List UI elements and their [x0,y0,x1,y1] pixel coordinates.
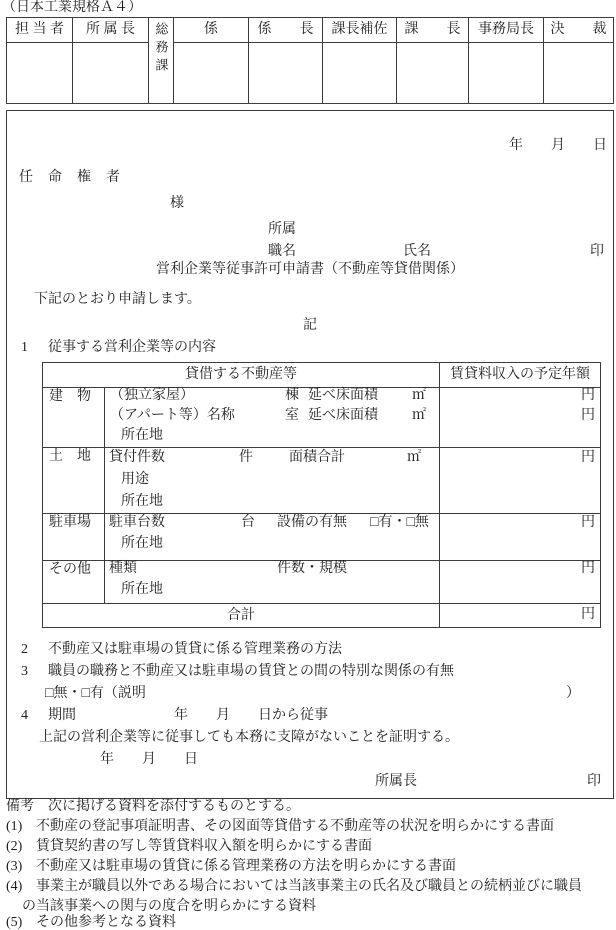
approval-header-kakaricho: 係 長 [249,18,323,43]
approval-stamp-cell-jimukyokucho [469,43,544,104]
item-2-line: 2不動産又は駐車場の賃貸に係る管理業務の方法 [21,643,342,657]
applicant-seal-mark: 印 [590,245,604,259]
item-2-number: 2 [21,643,48,657]
row-label-building: 建 物 [43,388,105,448]
application-form-box: 年 月 日 任命権者 様 所属 職名 氏名 印 営利企業等従事許可申請書（不動産… [6,110,614,799]
intro-sentence: 下記のとおり申請します。 [34,293,201,307]
remarks-intro: 次に掲げる資料を添付するものとする。 [48,799,300,814]
item-3-text: 職員の職務と不動産又は駐車場の賃貸との間の特別な関係の有無 [48,664,454,679]
building-income-cell: 円 円 [440,388,601,448]
remarks-label: 備考 [6,800,48,814]
item-3-closing-paren: ） [566,687,580,701]
approval-header-kakari: 係 [174,18,249,43]
approval-header-shozokucho: 所 属 長 [73,18,149,43]
approval-stamp-cell-shozokucho [73,43,149,104]
remark-5-number: (5) [6,916,36,930]
building-apartment-label: （アパート等）名称 [110,409,235,423]
item-1-text: 従事する営利企業等の内容 [48,340,216,355]
item-3-line: 3職員の職務と不動産又は駐車場の賃貸との間の特別な関係の有無 [21,665,454,679]
approval-header-kacho: 課 長 [397,18,469,43]
building-yen-1: 円 [581,389,595,403]
remark-4-text: 事業主が職員以外である場合においては当該事業主の氏名及び職員との続柄並びに職員 [36,879,582,894]
item-1-line: 1従事する営利企業等の内容 [21,341,216,355]
parking-detail-cell: 駐車台数 台 設備の有無 □有・□無 所在地 [105,514,440,561]
item-2-text: 不動産又は駐車場の賃貸に係る管理業務の方法 [48,642,342,657]
other-kind-label: 種類 [109,562,137,576]
approval-header-kachohosa: 課長補佐 [323,18,397,43]
remarks-header-line: 備考次に掲げる資料を添付するものとする。 [6,800,300,814]
building-yen-2: 円 [581,409,595,423]
parking-income-cell: 円 [440,514,601,561]
other-location-label: 所在地 [121,583,163,597]
applicant-name-label: 氏名 [403,245,431,259]
applicant-affiliation-label: 所属 [268,223,296,237]
building-detail-cell: （独立家屋） 棟 延べ床面積 ㎡ （アパート等）名称 室 延べ床面積 ㎡ 所在地 [105,388,440,448]
total-yen: 円 [581,608,595,622]
application-date-line: 年 月 日 [509,139,607,153]
form-page: （日本工業規格Ａ４） 担 当 者 所 属 長 総務課 係 係 長 課長補佐 課 … [0,0,616,930]
soumuka-vertical-label: 総務課 [155,22,168,76]
building-floorarea-label-2: 延べ床面積 [308,409,378,423]
approval-stamp-cell-kakaricho [249,43,323,104]
building-sqm-unit-1: ㎡ [412,389,426,403]
building-floorarea-label-1: 延べ床面積 [308,389,378,403]
document-title: 営利企業等従事許可申請書（不動産等貸借関係） [7,263,613,277]
building-sqm-unit-2: ㎡ [412,409,426,423]
other-yen: 円 [581,562,595,576]
ki-marker: 記 [7,319,613,333]
parking-dai-unit: 台 [241,516,255,530]
item-1-number: 1 [21,341,48,355]
certification-date-line: 年 月 日 [100,753,198,767]
approval-header-kessai: 決 裁 [544,18,614,43]
remark-2-number: (2) [6,840,36,854]
remark-item-3: (3)不動産又は駐車場の賃貸に係る管理業務の方法を明らかにする書面 [6,860,456,874]
rental-property-table: 貸借する不動産等 賃貸料収入の予定年額 建 物 （独立家屋） 棟 延べ床面積 ㎡… [42,362,601,628]
other-scale-label: 件数・規模 [277,562,347,576]
row-label-parking: 駐車場 [43,514,105,561]
land-area-label: 面積合計 [289,451,345,465]
other-income-cell: 円 [440,561,601,604]
item-4-line: 4期間 年 月 日から従事 [21,709,328,723]
item-4-text: 期間 年 月 日から従事 [48,708,328,723]
land-location-label: 所在地 [121,495,163,509]
building-shitsu-unit: 室 [285,409,299,423]
rental-header-property: 貸借する不動産等 [43,363,440,388]
other-detail-cell: 種類 件数・規模 所在地 [105,561,440,604]
certifier-seal-mark: 印 [587,775,601,789]
remark-1-text: 不動産の登記事項証明書、その図面等貸借する不動産等の状況を明らかにする書面 [36,819,554,834]
approval-stamp-cell-kachohosa [323,43,397,104]
jis-standard-label: （日本工業規格Ａ４） [2,1,142,15]
certifier-title-label: 所属長 [375,775,417,789]
remark-5-text: その他参考となる資料 [36,915,176,930]
rental-header-income: 賃貸料収入の予定年額 [440,363,601,388]
applicant-position-label: 職名 [268,245,296,259]
remark-4-number: (4) [6,880,36,894]
land-sqm-unit: ㎡ [407,451,421,465]
approval-stamp-cell-kessai [544,43,614,104]
certification-sentence: 上記の営利企業等に従事しても本務に支障がないことを証明する。 [39,731,459,745]
building-tou-unit: 棟 [285,389,299,403]
remark-item-4-continuation: の当該事業への関与の度合を明らかにする資料 [22,900,316,914]
remark-2-text: 賃貸契約書の写し等賃貸料収入額を明らかにする書面 [36,839,372,854]
row-label-land: 土 地 [43,448,105,514]
approval-header-tantousha: 担 当 者 [7,18,73,43]
remark-1-number: (1) [6,820,36,834]
remark-item-2: (2)賃貸契約書の写し等賃貸料収入額を明らかにする書面 [6,840,372,854]
land-count-label: 貸付件数 [109,451,165,465]
approval-soumuka-cell: 総務課 [149,18,174,104]
remark-item-4: (4)事業主が職員以外である場合においては当該事業主の氏名及び職員との続柄並びに… [6,880,582,894]
land-income-cell: 円 [440,448,601,514]
parking-equipment-label: 設備の有無 [277,516,347,530]
row-label-other: その他 [43,561,105,604]
parking-count-label: 駐車台数 [109,516,165,530]
remark-item-5: (5)その他参考となる資料 [6,916,176,930]
approval-header-jimukyokucho: 事務局長 [469,18,544,43]
item-4-number: 4 [21,709,48,723]
remark-item-1: (1)不動産の登記事項証明書、その図面等貸借する不動産等の状況を明らかにする書面 [6,820,554,834]
appointer-label: 任命権者 [19,171,135,185]
total-income-cell: 円 [440,604,601,628]
approval-stamp-cell-kacho [397,43,469,104]
land-detail-cell: 貸付件数 件 面積合計 ㎡ 用途 所在地 [105,448,440,514]
parking-yen: 円 [581,516,595,530]
parking-location-label: 所在地 [121,537,163,551]
land-ken-unit: 件 [239,451,253,465]
land-usage-label: 用途 [121,473,149,487]
remark-3-text: 不動産又は駐車場の賃貸に係る管理業務の方法を明らかにする書面 [36,859,456,874]
approval-stamp-table: 担 当 者 所 属 長 総務課 係 係 長 課長補佐 課 長 事務局長 決 裁 [6,17,614,104]
remark-3-number: (3) [6,860,36,874]
building-location-label: 所在地 [121,429,163,443]
item-3-checkbox-options: □無・□有（説明 [45,687,146,701]
honorific-sama: 様 [170,197,184,211]
parking-equipment-checkboxes: □有・□無 [370,516,429,530]
total-label-cell: 合計 [43,604,440,628]
land-yen: 円 [581,451,595,465]
approval-stamp-cell-tantousha [7,43,73,104]
item-3-number: 3 [21,665,48,679]
approval-stamp-cell-kakari [174,43,249,104]
building-detached-label: （独立家屋） [110,389,194,403]
